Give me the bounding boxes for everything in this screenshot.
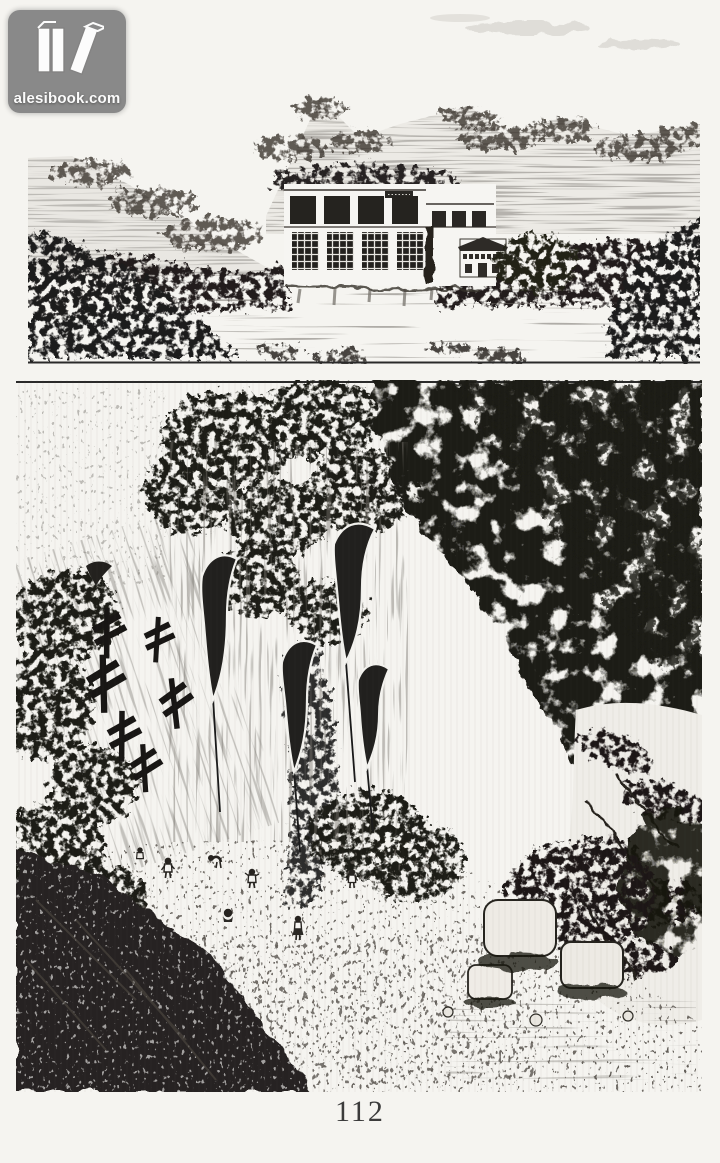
watermark-badge: alesibook.com — [8, 10, 126, 113]
books-logo-icon — [30, 18, 104, 82]
house-door — [478, 263, 487, 277]
watermark-site-text: alesibook.com — [14, 90, 121, 107]
page-number: 112 — [0, 1095, 720, 1129]
tree-trunk — [425, 227, 434, 283]
panel-bottom — [16, 380, 702, 1092]
manga-page: alesibook.com 112 — [0, 0, 720, 1163]
riverbed-foreground — [208, 288, 638, 364]
scan-banding-overlay — [16, 380, 702, 1092]
panel-top — [28, 6, 700, 364]
trees-right-of-house — [494, 234, 578, 294]
